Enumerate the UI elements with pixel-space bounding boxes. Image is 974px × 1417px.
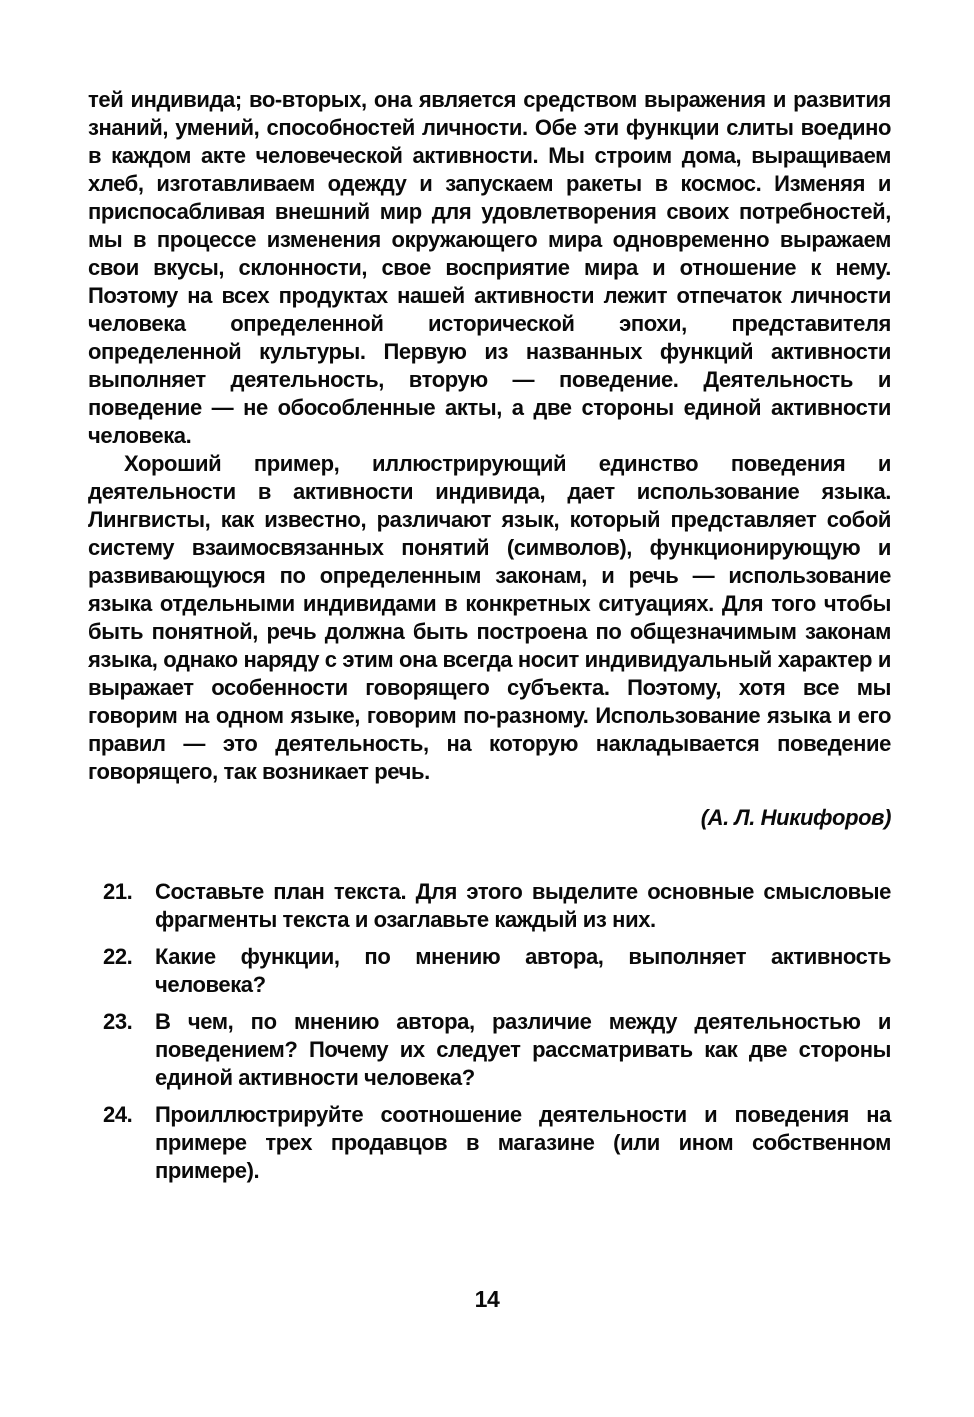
paragraph-language-example: Хороший пример, иллюстрирующий единство … [88, 450, 891, 786]
question-item-24: 24. Проиллюстрируйте соотношение деятель… [88, 1101, 891, 1185]
question-item-21: 21. Составьте план текста. Для этого выд… [88, 878, 891, 934]
text-column: тей индивида; во-вторых, она является ср… [88, 86, 891, 1194]
question-item-22: 22. Какие функции, по мнению автора, вып… [88, 943, 891, 999]
paragraph-continuation: тей индивида; во-вторых, она является ср… [88, 86, 891, 450]
question-text: В чем, по мнению автора, различие между … [155, 1008, 891, 1092]
question-number: 23. [88, 1008, 155, 1092]
question-text: Составьте план текста. Для этого выделит… [155, 878, 891, 934]
question-item-23: 23. В чем, по мнению автора, различие ме… [88, 1008, 891, 1092]
question-text: Проиллюстрируйте соотношение деятельност… [155, 1101, 891, 1185]
question-number: 21. [88, 878, 155, 934]
book-page: тей индивида; во-вторых, она является ср… [0, 0, 974, 1417]
author-attribution: (А. Л. Никифоров) [88, 804, 891, 832]
question-text: Какие функции, по мнению автора, выполня… [155, 943, 891, 999]
question-list: 21. Составьте план текста. Для этого выд… [88, 878, 891, 1185]
question-number: 24. [88, 1101, 155, 1185]
page-number: 14 [0, 1286, 974, 1313]
question-number: 22. [88, 943, 155, 999]
